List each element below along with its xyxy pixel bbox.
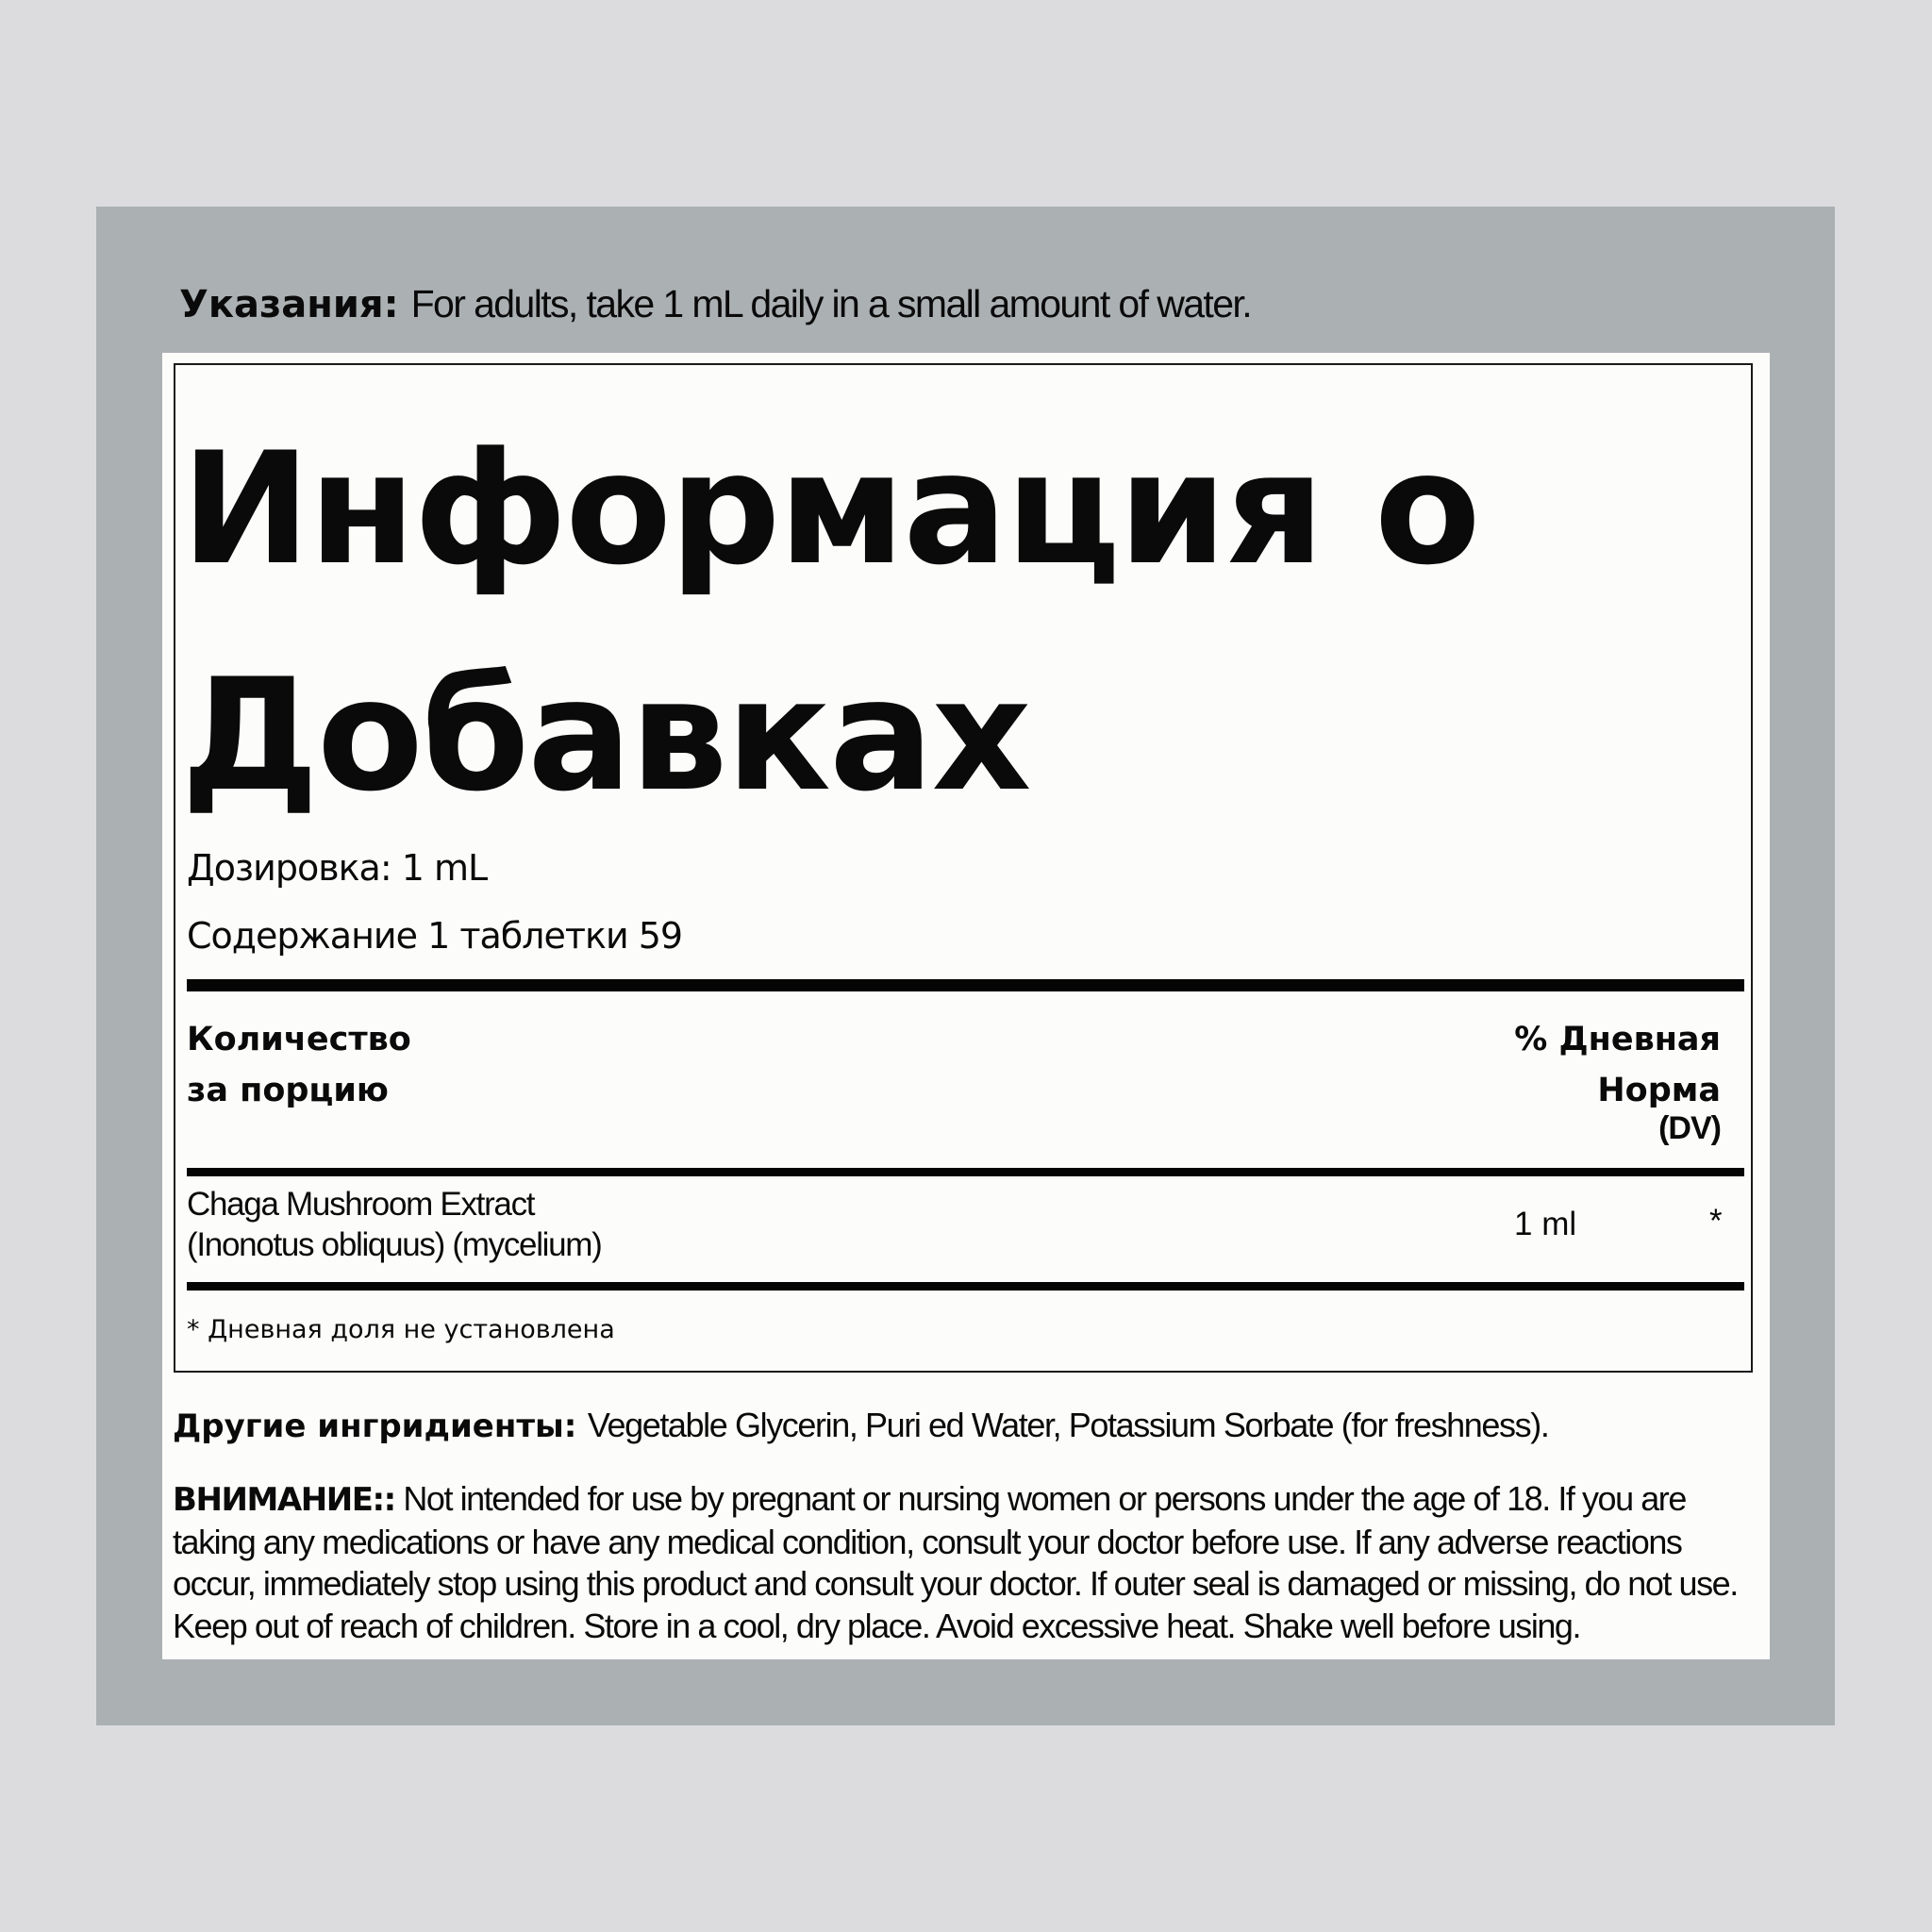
other-ingredients: Другие ингридиенты: Vegetable Glycerin, …	[173, 1406, 1548, 1445]
directions-label: Указания:	[179, 283, 399, 326]
dv-abbrev: (DV)	[1658, 1110, 1721, 1147]
warning: ВНИМАНИЕ:: Not intended for use by pregn…	[173, 1478, 1757, 1647]
amount-per-serving-header: Количество за порцию	[187, 1014, 411, 1116]
directions: Указания: For adults, take 1 mL daily in…	[179, 280, 1251, 328]
dv-header-line-2: Норма	[1514, 1065, 1721, 1116]
ingredient-amount: 1 ml	[1514, 1206, 1576, 1243]
directions-text: For adults, take 1 mL daily in a small a…	[411, 280, 1251, 327]
warning-text: Not intended for use by pregnant or nurs…	[173, 1479, 1738, 1645]
title-line-1: Информация о	[181, 396, 1479, 623]
serving-size: Дозировка: 1 mL	[187, 847, 487, 889]
divider-thick	[187, 979, 1744, 991]
amount-header-line-2: за порцию	[187, 1065, 411, 1116]
other-ingredients-text: Vegetable Glycerin, Puri ed Water, Potas…	[588, 1406, 1549, 1444]
dv-header-line-1: % Дневная	[1514, 1014, 1721, 1065]
warning-label: ВНИМАНИЕ::	[173, 1481, 395, 1519]
divider-bottom	[187, 1282, 1744, 1291]
ingredient-name-line-1: Chaga Mushroom Extract	[187, 1184, 602, 1224]
divider-header	[187, 1168, 1744, 1176]
daily-value-header: % Дневная Норма	[1514, 1014, 1721, 1116]
dv-footnote: * Дневная доля не установлена	[187, 1315, 615, 1344]
ingredient-name: Chaga Mushroom Extract (Inonotus obliquu…	[187, 1184, 602, 1265]
servings-per-container: Содержание 1 таблетки 59	[187, 915, 682, 957]
ingredient-name-line-2: (Inonotus obliquus) (mycelium)	[187, 1224, 602, 1265]
other-ingredients-label: Другие ингридиенты:	[173, 1407, 576, 1445]
amount-header-line-1: Количество	[187, 1014, 411, 1065]
ingredient-dv: *	[1709, 1203, 1723, 1241]
supplement-facts-title: Информация о Добавках	[181, 396, 1479, 849]
title-line-2: Добавках	[181, 623, 1479, 849]
